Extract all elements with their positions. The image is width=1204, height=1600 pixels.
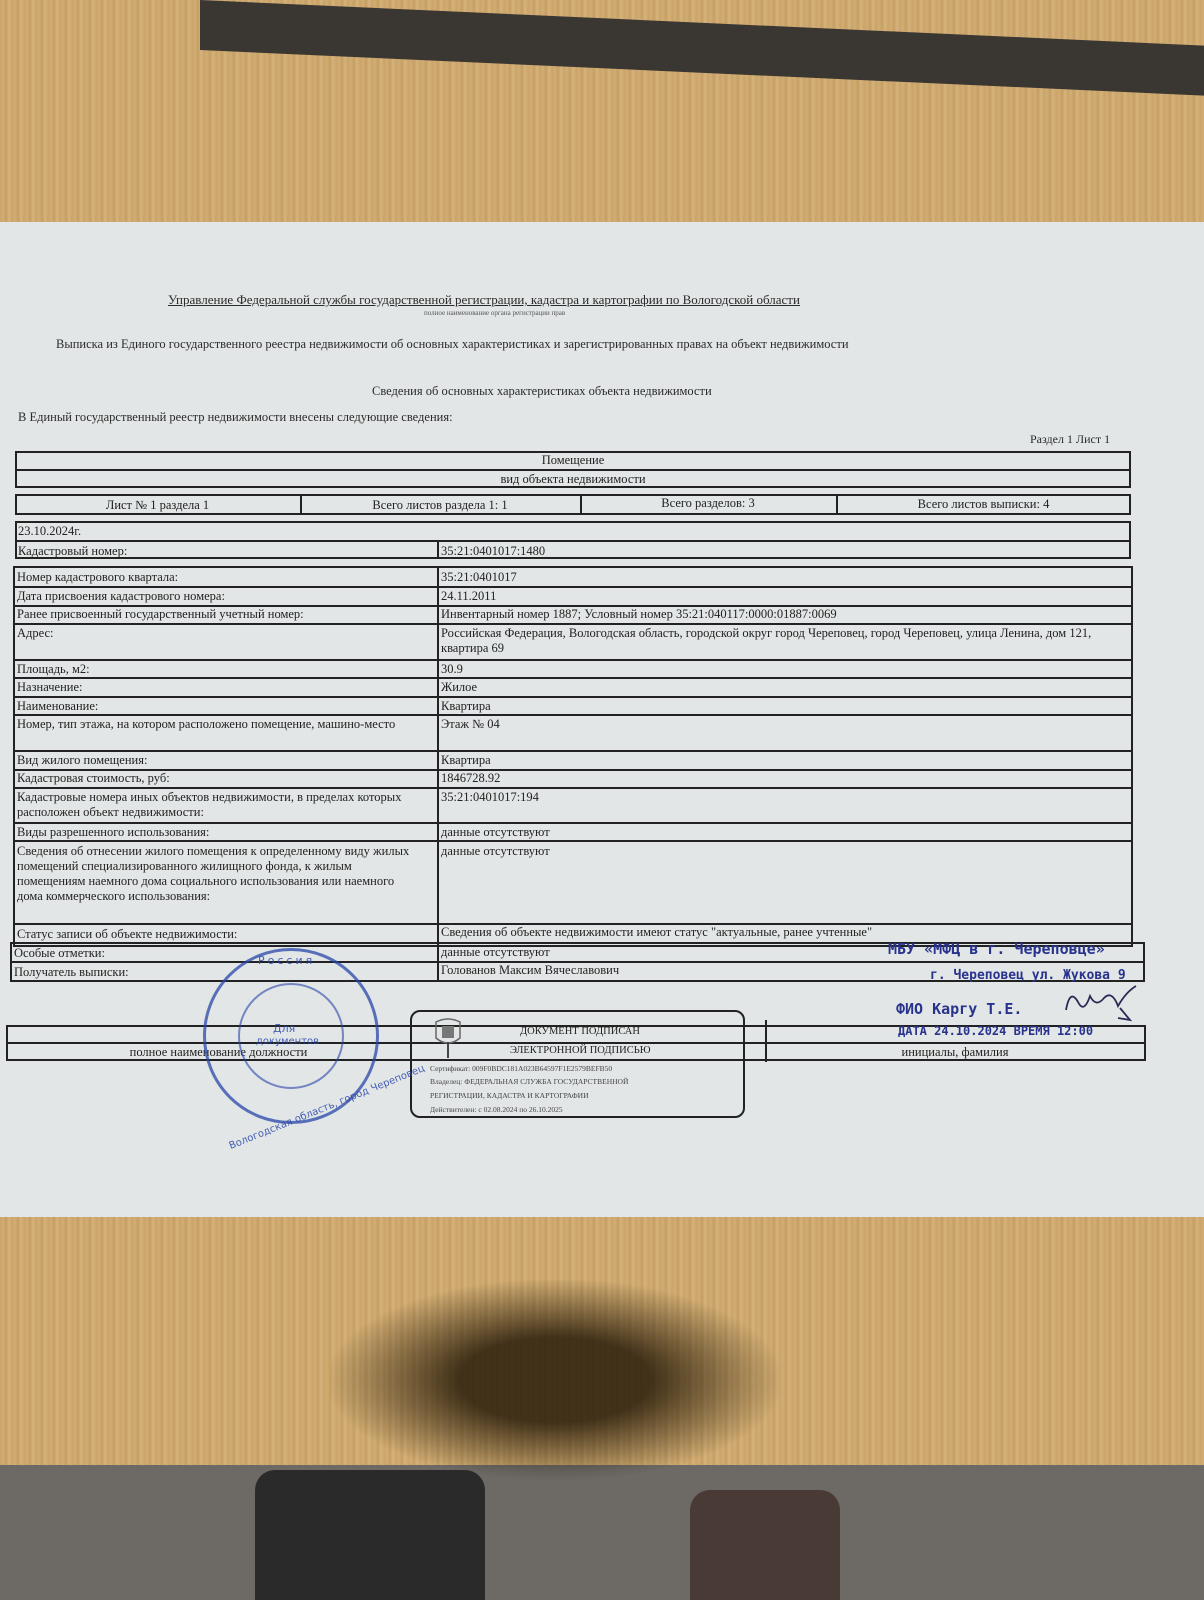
recipient-name: Голованов Максим Вячеславович xyxy=(441,963,619,978)
divider xyxy=(437,540,439,559)
row-value: 24.11.2011 xyxy=(441,589,496,604)
row-value: Квартира xyxy=(441,699,491,714)
signed-line1: ДОКУМЕНТ ПОДПИСАН xyxy=(520,1024,640,1039)
coat-of-arms-icon xyxy=(430,1016,466,1058)
cadastral-number-label: Кадастровый номер: xyxy=(18,544,127,559)
extract-date: 23.10.2024г. xyxy=(18,524,81,539)
stamp-center-line2: документов xyxy=(256,1036,319,1047)
row-label: Особые отметки: xyxy=(14,946,105,961)
background-dark-area xyxy=(200,0,1204,96)
foot xyxy=(690,1490,840,1600)
row-value: Этаж № 04 xyxy=(441,717,500,732)
divider xyxy=(15,469,1131,471)
row-value: Жилое xyxy=(441,680,477,695)
owner-line2: РЕГИСТРАЦИИ, КАДАСТРА И КАРТОГРАФИИ xyxy=(430,1091,589,1100)
object-type-caption: вид объекта недвижимости xyxy=(15,472,1131,487)
row-value: данные отсутствуют xyxy=(441,945,550,960)
row-label: Площадь, м2: xyxy=(17,662,90,677)
cadastral-number-value: 35:21:0401017:1480 xyxy=(441,544,545,559)
row-label: Номер, тип этажа, на котором расположено… xyxy=(17,717,435,732)
validity-period: Действителен: с 02.08.2024 по 26.10.2025 xyxy=(430,1105,563,1114)
stamp-top-text: Россия xyxy=(258,954,315,967)
sheet-no: Лист № 1 раздела 1 xyxy=(15,498,300,513)
row-label: Получатель выписки: xyxy=(14,965,129,980)
sheets-total: Всего листов выписки: 4 xyxy=(836,497,1131,512)
sections-total: Всего разделов: 3 xyxy=(580,496,836,511)
mfc-stamp-line3: ФИО Каргу Т.Е. xyxy=(896,1000,1022,1018)
row-value: Сведения об объекте недвижимости имеют с… xyxy=(441,925,872,940)
authority-caption: полное наименование органа регистрации п… xyxy=(424,309,565,317)
row-label: Кадастровая стоимость, руб: xyxy=(17,771,170,786)
authority-name: Управление Федеральной службы государств… xyxy=(168,292,800,308)
handwritten-signature-icon xyxy=(1060,980,1140,1025)
row-value: 30.9 xyxy=(441,662,463,677)
row-label: Дата присвоения кадастрового номера: xyxy=(17,589,225,604)
row-value: данные отсутствуют xyxy=(441,844,550,859)
mfc-stamp-line1: МБУ «МФЦ в г. Череповце» xyxy=(888,940,1105,958)
document-title: Выписка из Единого государственного реес… xyxy=(56,337,849,352)
phone-shadow xyxy=(330,1280,780,1480)
row-value: 35:21:0401017:194 xyxy=(441,790,539,805)
row-label: Ранее присвоенный государственный учетны… xyxy=(17,607,304,622)
row-value-address: Российская Федерация, Вологодская област… xyxy=(441,626,1121,656)
shoe xyxy=(255,1470,485,1600)
divider xyxy=(15,540,1131,542)
intro-text: В Единый государственный реестр недвижим… xyxy=(18,410,453,425)
owner-line1: Владелец: ФЕДЕРАЛЬНАЯ СЛУЖБА ГОСУДАРСТВЕ… xyxy=(430,1077,628,1086)
row-label: Наименование: xyxy=(17,699,98,714)
stamp-center-line1: Для xyxy=(273,1022,295,1035)
initials-caption: инициалы, фамилия xyxy=(765,1045,1145,1060)
signed-line2: ЭЛЕКТРОННОЙ ПОДПИСЬЮ xyxy=(510,1043,651,1058)
sheets-in-section: Всего листов раздела 1: 1 xyxy=(300,498,580,513)
row-label: Назначение: xyxy=(17,680,83,695)
row-label: Номер кадастрового квартала: xyxy=(17,570,178,585)
section-sheet-label: Раздел 1 Лист 1 xyxy=(1030,432,1110,447)
row-label: Кадастровые номера иных объектов недвижи… xyxy=(17,790,432,820)
mfc-stamp-line4: ДАТА 24.10.2024 ВРЕМЯ 12:00 xyxy=(898,1024,1093,1038)
row-label: Адрес: xyxy=(17,626,54,641)
row-label: Виды разрешенного использования: xyxy=(17,825,209,840)
object-type: Помещение xyxy=(15,453,1131,468)
row-label: Вид жилого помещения: xyxy=(17,753,147,768)
row-value: 35:21:0401017 xyxy=(441,570,517,585)
row-label: Статус записи об объекте недвижимости: xyxy=(17,927,237,942)
row-label: Сведения об отнесении жилого помещения к… xyxy=(17,844,417,904)
row-value: Квартира xyxy=(441,753,491,768)
certificate: Сертификат: 009F0BDC181A023B64597F1E2579… xyxy=(430,1064,612,1073)
row-value: 1846728.92 xyxy=(441,771,500,786)
section-title: Сведения об основных характеристиках объ… xyxy=(372,384,712,399)
row-value: данные отсутствуют xyxy=(441,825,550,840)
row-value: Инвентарный номер 1887; Условный номер 3… xyxy=(441,607,837,622)
